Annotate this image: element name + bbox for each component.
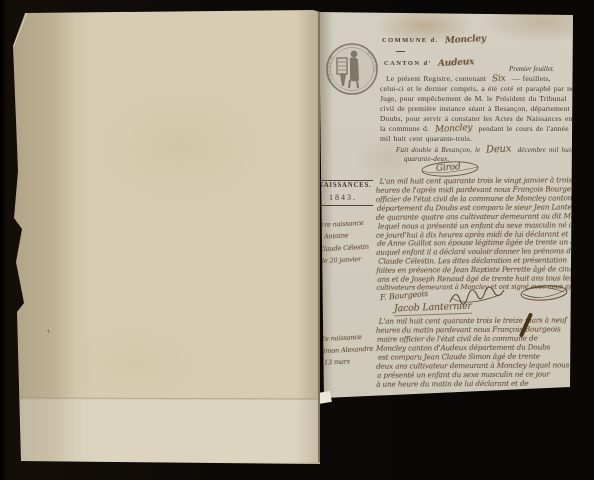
intro-line-5: Doubs, pour servir à constater les Actes… <box>380 114 572 123</box>
act1-body: L'an mil huit cent quarante trois le vin… <box>376 175 577 296</box>
intro-line-6: la commune d. Moncley pendant le cours d… <box>380 124 569 134</box>
judge-signature-name: Girod <box>436 162 461 174</box>
margin-title-naissances: NAISSANCES. <box>318 182 372 189</box>
intro-line-6b: pendant le cours de l'année <box>479 124 569 133</box>
margin-year: 1843. <box>329 193 357 202</box>
commune-row: COMMUNE d. Moncley <box>382 35 489 45</box>
intro-line-4: civil de première instance séant à Besan… <box>380 104 581 113</box>
act2-line: à une heure du matin de lui déclarant et… <box>376 379 528 389</box>
margin-rule-top <box>317 180 373 181</box>
margin-rule-bottom <box>317 205 373 206</box>
intro-line-2: celui-ci et le dernier compris, a été co… <box>380 84 584 93</box>
act1-margin-note: Antoine <box>324 231 349 240</box>
intro-line-1b: — feuillets, <box>512 74 551 83</box>
commune-handwritten-value: Moncley <box>444 34 485 46</box>
commune-label: COMMUNE d. <box>382 37 439 44</box>
act1-margin-note: 1re naissance <box>320 219 364 229</box>
intro-line-6a: la commune d. <box>380 124 429 133</box>
closing-line-1: Fait double à Besançon, le Deux décembre… <box>396 144 589 155</box>
closing-line-1b: décembre mil huit cent <box>518 146 589 154</box>
intro-line-1a: Le présent Registre, contenant <box>386 74 486 83</box>
below-crease-band <box>14 400 318 462</box>
intro-line-1: Le présent Registre, contenant Six — feu… <box>386 74 551 84</box>
closing-line-1a: Fait double à Besançon, le <box>396 146 480 154</box>
act1-margin-note: Claude Célestin <box>319 243 369 254</box>
intro-line-3: Juge, pour empêchement de M. le Présiden… <box>380 94 567 103</box>
act2-margin-note: 2e naissance <box>321 333 362 343</box>
act1-signature-2: Jacob Lanternier <box>394 301 472 317</box>
canton-row: CANTON d' Audeux <box>384 58 477 68</box>
book-scan: TRIBUNAL ROYAL COMMUNE d. Moncley CANTON… <box>0 0 594 480</box>
tribunal-royal-seal-icon: TRIBUNAL ROYAL <box>323 40 381 98</box>
act1-margin-note: le 20 janvier <box>322 255 361 265</box>
intro-line-7: mil huit cent quarante-trois. <box>380 134 472 143</box>
header-divider-dash <box>396 51 405 52</box>
feuillet-note: Premier feuillet. <box>509 65 555 73</box>
act2-margin-note: 13 mars <box>324 357 350 366</box>
intro-line-1-handwritten: Six <box>492 74 506 85</box>
act2-body: L'an mil huit cent quarante trois le tre… <box>376 315 577 402</box>
canton-handwritten-value: Audeux <box>437 57 474 69</box>
right-page: TRIBUNAL ROYAL COMMUNE d. Moncley CANTON… <box>316 10 574 402</box>
signature-oval-flourish-right <box>518 284 570 302</box>
left-page: + <box>10 10 320 464</box>
pen-cross-mark: + <box>45 326 51 337</box>
act2-margin-note: Simon Alexandre <box>319 345 373 356</box>
closing-date-handwritten: Deux <box>486 143 512 155</box>
folded-corner-edge <box>13 13 27 47</box>
canton-label: CANTON d' <box>384 60 432 67</box>
